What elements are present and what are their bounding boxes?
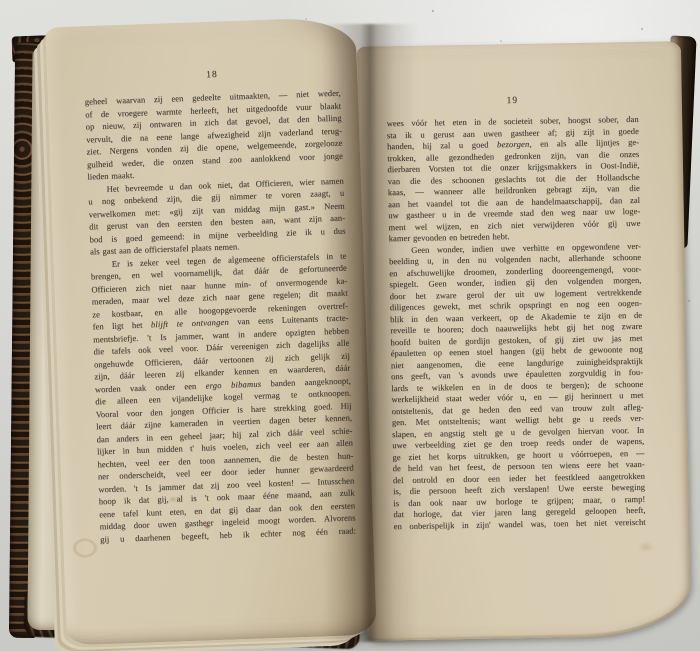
dust-specks [0, 0, 2, 2]
photo-backdrop: 18 geheel waarvan zij een gedeelte uitma… [0, 0, 700, 651]
left-page-text: 18 geheel waarvan zij een gedeelte uitma… [84, 66, 356, 546]
left-page-lines: geheel waarvan zij een gedeelte uitmaakt… [85, 87, 357, 546]
right-page-lines: wees vóór het eten in de societeit sober… [387, 114, 646, 532]
right-page-text: 19 wees vóór het eten in de societeit so… [386, 94, 646, 532]
